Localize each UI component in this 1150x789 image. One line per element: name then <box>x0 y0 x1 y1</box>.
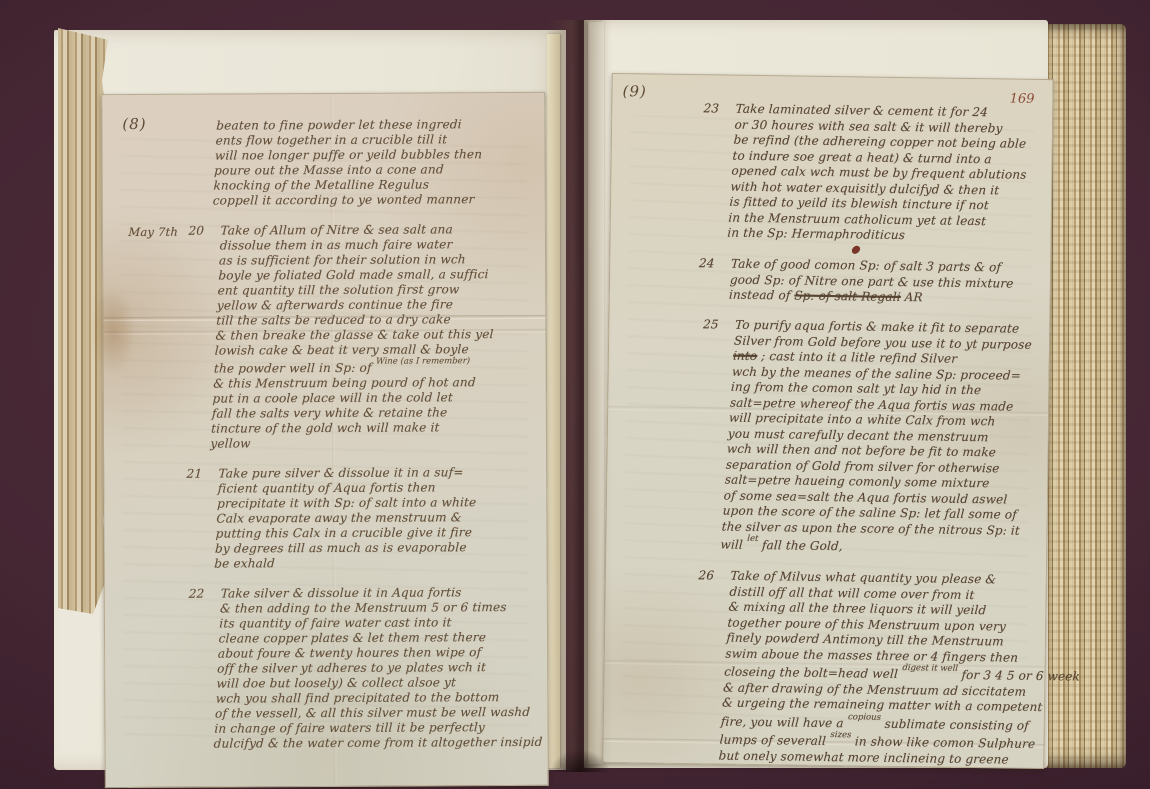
manuscript-line: fall the salts very white & retaine the <box>211 405 530 422</box>
manuscript-line: & then adding to the Menstruum 5 or 6 ti… <box>220 600 539 617</box>
manuscript-line: Take silver & dissolue it in Aqua fortis <box>220 585 539 602</box>
paragraph: May 7th 20 Take of Allum of Nitre & sea … <box>210 222 539 452</box>
manuscript-line: poure out the Masse into a cone and <box>214 162 533 179</box>
manuscript-line: will doe but loosely) & collect alsoe yt <box>216 675 535 692</box>
manuscript-line: Calx evaporate away the menstruum & <box>216 510 535 527</box>
paragraph-lines: Take of good comon Sp: of salt 3 parts &… <box>728 256 1043 307</box>
manuscript-line: lowish cake & beat it very small & boyle <box>214 342 533 359</box>
paragraph-lines: Take pure silver & dissolue it in a suf=… <box>214 465 537 572</box>
manuscript-line: by degrees till as much as is evaporable <box>215 540 534 557</box>
paragraph: 22 Take silver & dissolue it in Aqua for… <box>213 585 539 752</box>
manuscript-line: & this Menstruum being pourd of hot and <box>213 375 532 392</box>
paragraph-lines: beaten to fine powder let these ingredie… <box>212 117 534 209</box>
text-block: beaten to fine powder let these ingredie… <box>214 117 535 752</box>
manuscript-line: put in a coole place will in the cold le… <box>212 390 531 407</box>
manuscript-line: ents flow together in a crucible till it <box>215 132 534 149</box>
manuscript-line: ent quantity till the solution first gro… <box>217 282 536 299</box>
manuscript-line: off the silver yt adheres to ye plates w… <box>217 660 536 677</box>
gutter-bottom-shadow <box>540 742 620 772</box>
manuscript-line: as is sufficient for their solution in w… <box>219 252 538 269</box>
manuscript-line: be exhald <box>214 555 533 572</box>
manuscript-line: cleane copper plates & let them rest the… <box>218 630 537 647</box>
manuscript-line: Take pure silver & dissolue it in a suf= <box>218 465 537 482</box>
paragraph-number: 26 <box>698 568 727 584</box>
stain <box>89 285 135 375</box>
paragraph-number: 22 <box>188 587 217 602</box>
manuscript-line: tincture of the gold wch will make it <box>211 420 530 437</box>
manuscript-line: in the Sp: Hermaphroditicus <box>727 226 1040 246</box>
paragraph-lines: To purify aqua fortis & make it fit to s… <box>720 318 1048 558</box>
manuscript-line: precipitate it with Sp: of salt into a w… <box>217 495 536 512</box>
manuscript-line: in change of faire waters till it be per… <box>214 720 533 737</box>
open-manuscript-book-photo: (8) beaten to fine powder let these ingr… <box>0 0 1150 789</box>
manuscript-line: yellow & afterwards continue the fire <box>217 297 536 314</box>
manuscript-line: yellow <box>210 435 529 452</box>
text-block: 23 Take laminated silver & cement it for… <box>723 102 1044 768</box>
paragraph-lines: Take of Allum of Nitre & sea salt anadis… <box>210 222 539 452</box>
paragraph-number: 24 <box>698 256 727 272</box>
manuscript-line: dulcifyd & the water come from it altoge… <box>213 735 532 752</box>
manuscript-line: ficient quantity of Aqua fortis then <box>217 480 536 497</box>
manuscript-line: coppell it according to ye wonted manner <box>212 192 531 209</box>
paragraph-lines: Take of Milvus what quantity you please … <box>718 568 1043 767</box>
page-number-label: (8) <box>122 115 146 133</box>
paragraph-number: 25 <box>703 317 732 333</box>
manuscript-line: beaten to fine powder let these ingredi <box>216 117 535 134</box>
manuscript-line: its quantity of faire water cast into it <box>219 615 538 632</box>
manuscript-line: dissolue them in as much faire water <box>219 237 538 254</box>
manuscript-line: knocking of the Metalline Regulus <box>213 177 532 194</box>
paragraph: 26 Take of Milvus what quantity you plea… <box>718 568 1043 767</box>
paragraph: 24 Take of good comon Sp: of salt 3 part… <box>728 256 1043 307</box>
paragraph-number: 20 <box>188 224 217 239</box>
paragraph: 23 Take laminated silver & cement it for… <box>727 102 1048 246</box>
manuscript-line: the powder well in Sp: of Wine (as I rem… <box>214 357 533 377</box>
manuscript-line: putting this Calx in a crucible give it … <box>215 525 534 542</box>
manuscript-page-right: (9) 169 23 Take laminated silver & cemen… <box>602 73 1054 769</box>
paragraph-lines: Take laminated silver & cement it for 24… <box>727 102 1048 246</box>
margin-note: May 7th <box>128 225 178 240</box>
paragraph: 21 Take pure silver & dissolue it in a s… <box>214 465 537 572</box>
paragraph-number: 23 <box>703 101 732 117</box>
paragraph-lines: Take silver & dissolue it in Aqua fortis… <box>213 585 539 752</box>
manuscript-line: & then breake the glasse & take out this… <box>215 327 534 344</box>
manuscript-line: wch you shall find precipitated to the b… <box>215 690 534 707</box>
paragraph-number: 21 <box>186 467 215 482</box>
manuscript-line: will noe longer puffe or yeild bubbles t… <box>215 147 534 164</box>
manuscript-line: of the vessell, & all this silver must b… <box>215 705 534 722</box>
manuscript-line: till the salts be reduced to a dry cake <box>216 312 535 329</box>
manuscript-page-left: (8) beaten to fine powder let these ingr… <box>101 92 549 788</box>
folio-number: 169 <box>1010 92 1035 107</box>
page-number-label: (9) <box>622 82 646 100</box>
manuscript-line: boyle ye foliated Gold made small, a suf… <box>218 267 537 284</box>
paragraph: beaten to fine powder let these ingredie… <box>212 117 534 209</box>
paragraph: 25 To purify aqua fortis & make it fit t… <box>720 318 1048 558</box>
manuscript-line: Take of Allum of Nitre & sea salt ana <box>220 222 539 239</box>
manuscript-line: about foure & twenty houres then wipe of <box>218 645 537 662</box>
